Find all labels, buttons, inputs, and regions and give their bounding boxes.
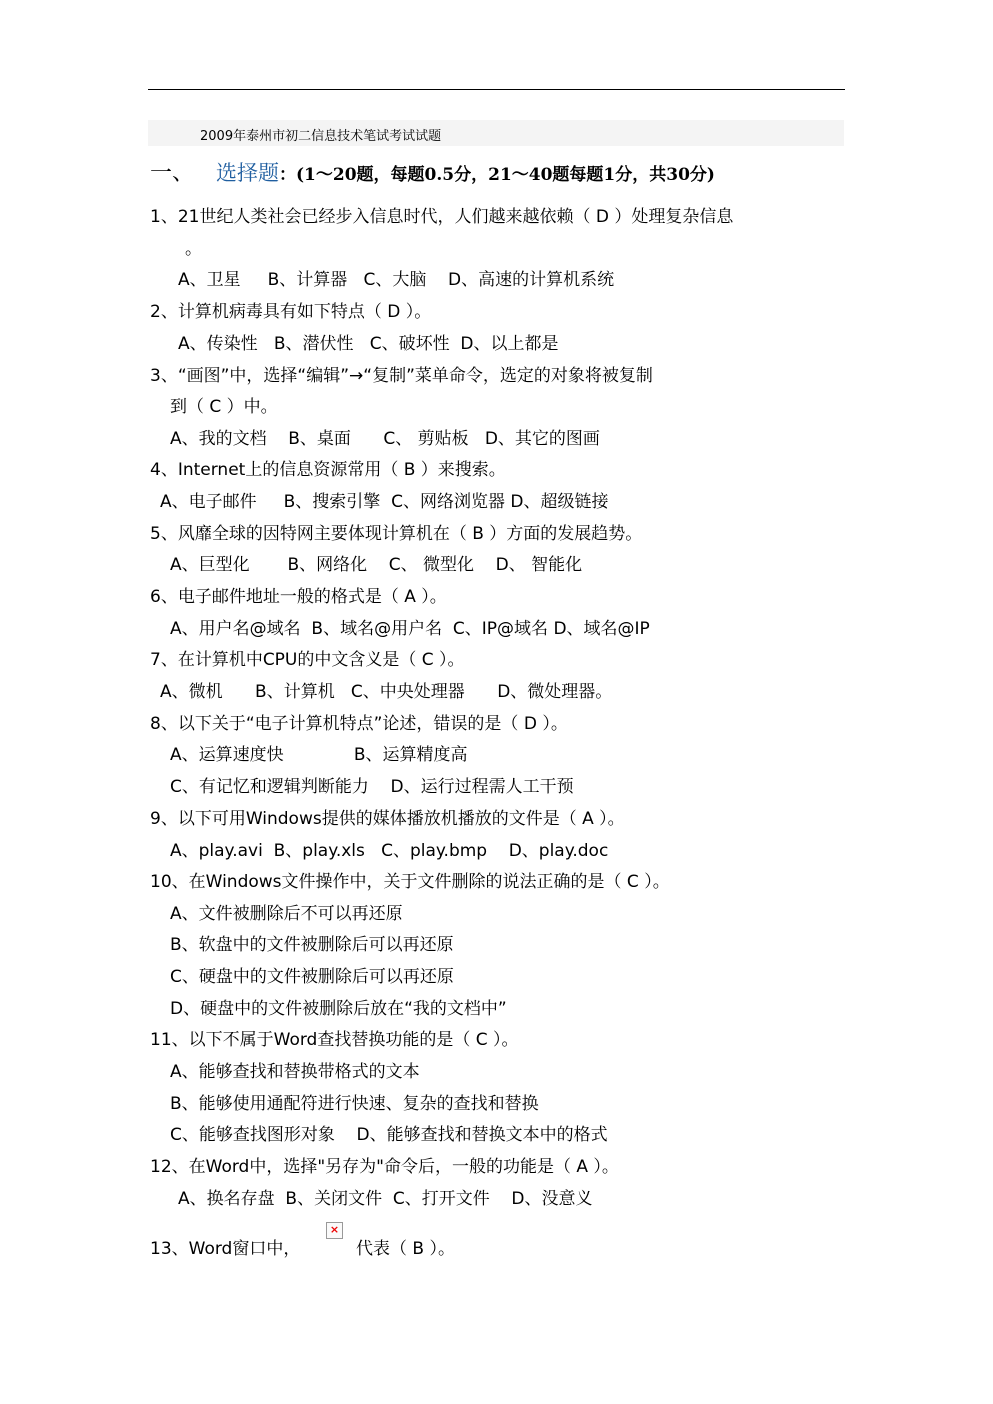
question-line: A、我的文档 B、桌面 C、 剪贴板 D、其它的图画	[170, 428, 600, 450]
question-line: 6、电子邮件地址一般的格式是（ A ）。	[150, 586, 447, 608]
question-line: 9、以下可用Windows提供的媒体播放机播放的文件是（ A ）。	[150, 808, 625, 830]
question-line: A、能够查找和替换带格式的文本	[170, 1061, 420, 1083]
question-line: B、软盘中的文件被删除后可以再还原	[170, 934, 454, 956]
question-line: 。	[185, 238, 202, 260]
document-title: 2009年泰州市初二信息技术笔试考试试题	[200, 125, 441, 144]
question-line: 代表（ B ）。	[356, 1238, 455, 1260]
question-line: B、能够使用通配符进行快速、复杂的查找和替换	[170, 1093, 539, 1115]
question-line: 11、以下不属于Word查找替换功能的是（ C ）。	[150, 1029, 519, 1051]
question-line: A、play.avi B、play.xls C、play.bmp D、play.…	[170, 840, 608, 862]
question-line: 5、风靡全球的因特网主要体现计算机在（ B ）方面的发展趋势。	[150, 523, 642, 545]
broken-image-icon: ×	[326, 1222, 343, 1239]
header-rule	[148, 89, 845, 90]
question-line: C、有记忆和逻辑判断能力 D、运行过程需人工干预	[170, 776, 574, 798]
question-line: C、硬盘中的文件被删除后可以再还原	[170, 966, 454, 988]
question-line: 到（ C ）中。	[170, 396, 278, 418]
question-line: A、文件被删除后不可以再还原	[170, 903, 403, 925]
question-line: A、传染性 B、潜伏性 C、破坏性 D、以上都是	[178, 333, 558, 355]
question-line: A、用户名@域名 B、域名@用户名 C、IP@域名 D、域名@IP	[170, 618, 650, 640]
question-line: 4、Internet上的信息资源常用（ B ）来搜索。	[150, 459, 506, 481]
question-line: 12、在Word中，选择"另存为"命令后，一般的功能是（ A ）。	[150, 1156, 619, 1178]
question-line: 7、在计算机中CPU的中文含义是（ C ）。	[150, 649, 465, 671]
question-line: D、硬盘中的文件被删除后放在“我的文档中”	[170, 998, 507, 1020]
question-line: A、巨型化 B、网络化 C、 微型化 D、 智能化	[170, 554, 582, 576]
question-line: C、能够查找图形对象 D、能够查找和替换文本中的格式	[170, 1124, 608, 1146]
section-description: ：(1～20题，每题0.5分，21～40题每题1分，共30分)	[279, 165, 715, 185]
question-line: A、卫星 B、计算器 C、大脑 D、高速的计算机系统	[178, 269, 614, 291]
question-line: A、运算速度快 B、运算精度高	[170, 744, 468, 766]
section-heading: 一、选择题：(1～20题，每题0.5分，21～40题每题1分，共30分)	[150, 157, 715, 191]
question-line: 2、计算机病毒具有如下特点（ D ）。	[150, 301, 431, 323]
question-line: 13、Word窗口中，	[150, 1238, 300, 1260]
question-line: 10、在Windows文件操作中，关于文件删除的说法正确的是（ C ）。	[150, 871, 670, 893]
document-title-band: 2009年泰州市初二信息技术笔试考试试题	[148, 120, 844, 146]
question-line: 3、“画图”中，选择“编辑”→“复制”菜单命令，选定的对象将被复制	[150, 365, 653, 387]
question-line: 1、21世纪人类社会已经步入信息时代，人们越来越依赖（ D ）处理复杂信息	[150, 206, 733, 228]
question-line: 8、以下关于“电子计算机特点”论述，错误的是（ D ）。	[150, 713, 568, 735]
section-number: 一、	[150, 161, 194, 186]
section-label: 选择题	[216, 161, 279, 185]
question-line: A、换名存盘 B、关闭文件 C、打开文件 D、没意义	[178, 1188, 592, 1210]
question-line: A、微机 B、计算机 C、中央处理器 D、微处理器。	[160, 681, 612, 703]
question-line: A、电子邮件 B、搜索引擎 C、网络浏览器 D、超级链接	[160, 491, 608, 513]
